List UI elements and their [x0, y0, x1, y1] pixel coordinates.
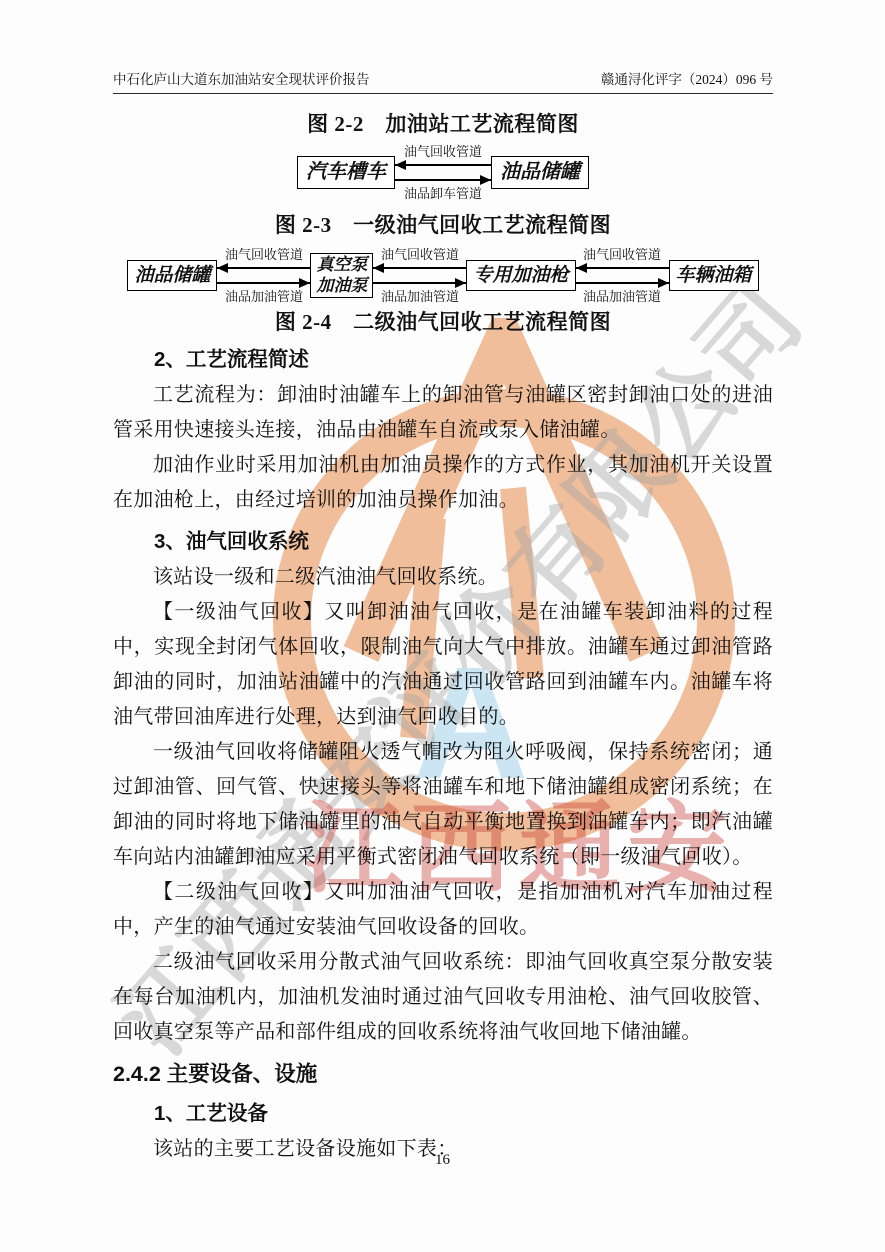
arrow-right-icon — [373, 282, 466, 284]
diagram-connector: 油气回收管道 油品卸车管道 — [395, 144, 491, 201]
diagram-box-tank-truck: 汽车槽车 — [297, 156, 395, 189]
paragraph-process-flow: 工艺流程为：卸油时油罐车上的卸油管与油罐区密封卸油口处的进油管采用快速接头连接，… — [113, 378, 773, 448]
paragraph-stage1-definition: 【一级油气回收】又叫卸油油气回收，是在油罐车装卸油料的过程中，实现全封闭气体回收… — [113, 595, 773, 735]
arrow-left-icon — [217, 267, 310, 269]
heading-process-description: 2、工艺流程简述 — [113, 345, 773, 375]
pipe-label-unloading: 油品卸车管道 — [404, 186, 482, 201]
diagram-connector: 油气回收管道 油品加油管道 — [576, 247, 669, 304]
pipe-label-vapor-recovery: 油气回收管道 — [404, 144, 482, 159]
diagram-station-process: 汽车槽车 油气回收管道 油品卸车管道 油品储罐 — [113, 144, 773, 201]
vacuum-pump-line1: 真空泵 — [316, 255, 367, 275]
diagram-box-storage-tank: 油品储罐 — [127, 260, 217, 292]
document-page: A 江西通安评价有限公司 江西通安 中石化庐山大道东加油站安全现状评价报告 赣通… — [0, 0, 885, 1252]
paragraph-fueling-operation: 加油作业时采用加油机由加油员操作的方式作业，其加油机开关设置在加油枪上，由经过培… — [113, 448, 773, 518]
paragraph-system-overview: 该站设一级和二级汽油油气回收系统。 — [113, 560, 773, 595]
heading-2-4-2: 2.4.2 主要设备、设施 — [113, 1058, 773, 1090]
diagram-box-nozzle: 专用加油枪 — [466, 260, 575, 292]
arrow-left-icon — [395, 164, 491, 166]
heading-process-equipment: 1、工艺设备 — [113, 1099, 773, 1129]
diagram-stage1-vapor-recovery: 油品储罐 油气回收管道 油品加油管道 真空泵 加油泵 油气回收管道 油品加油管道… — [113, 247, 773, 304]
diagram-box-vehicle-tank: 车辆油箱 — [669, 260, 759, 292]
heading-vapor-recovery-system: 3、油气回收系统 — [113, 527, 773, 557]
diagram-connector: 油气回收管道 油品加油管道 — [217, 247, 310, 304]
arrow-left-icon — [576, 267, 669, 269]
vacuum-pump-line2: 加油泵 — [316, 276, 367, 296]
arrow-right-icon — [395, 179, 491, 181]
header-doc-number: 赣通浔化评字（2024）096 号 — [601, 68, 773, 88]
paragraph-stage1-detail: 一级油气回收将储罐阻火透气帽改为阻火呼吸阀，保持系统密闭；通过卸油管、回气管、快… — [113, 735, 773, 875]
figure-2-2-title: 图 2-2 加油站工艺流程简图 — [113, 110, 773, 138]
page-header: 中石化庐山大道东加油站安全现状评价报告 赣通浔化评字（2024）096 号 — [113, 68, 773, 94]
arrow-right-icon — [576, 282, 669, 284]
paragraph-stage2-definition: 【二级油气回收】又叫加油油气回收，是指加油机对汽车加油过程中，产生的油气通过安装… — [113, 875, 773, 945]
diagram-box-vacuum-pump: 真空泵 加油泵 — [310, 253, 373, 298]
figure-2-4-title: 图 2-4 二级油气回收工艺流程简图 — [113, 308, 773, 336]
paragraph-stage2-detail: 二级油气回收采用分散式油气回收系统：即油气回收真空泵分散安装在每台加油机内，加油… — [113, 945, 773, 1050]
header-report-title: 中石化庐山大道东加油站安全现状评价报告 — [113, 68, 370, 88]
arrow-left-icon — [373, 267, 466, 269]
figure-2-3-title: 图 2-3 一级油气回收工艺流程简图 — [113, 211, 773, 239]
arrow-right-icon — [217, 282, 310, 284]
document-content: 中石化庐山大道东加油站安全现状评价报告 赣通浔化评字（2024）096 号 图 … — [113, 68, 773, 1167]
pipe-label-fueling: 油品加油管道 — [583, 289, 661, 304]
diagram-connector: 油气回收管道 油品加油管道 — [373, 247, 466, 304]
pipe-label-vapor-recovery: 油气回收管道 — [381, 247, 459, 262]
page-number: 16 — [0, 1152, 885, 1169]
pipe-label-fueling: 油品加油管道 — [225, 289, 303, 304]
pipe-label-fueling: 油品加油管道 — [381, 289, 459, 304]
pipe-label-vapor-recovery: 油气回收管道 — [583, 247, 661, 262]
pipe-label-vapor-recovery: 油气回收管道 — [225, 247, 303, 262]
diagram-box-storage-tank: 油品储罐 — [491, 156, 589, 189]
